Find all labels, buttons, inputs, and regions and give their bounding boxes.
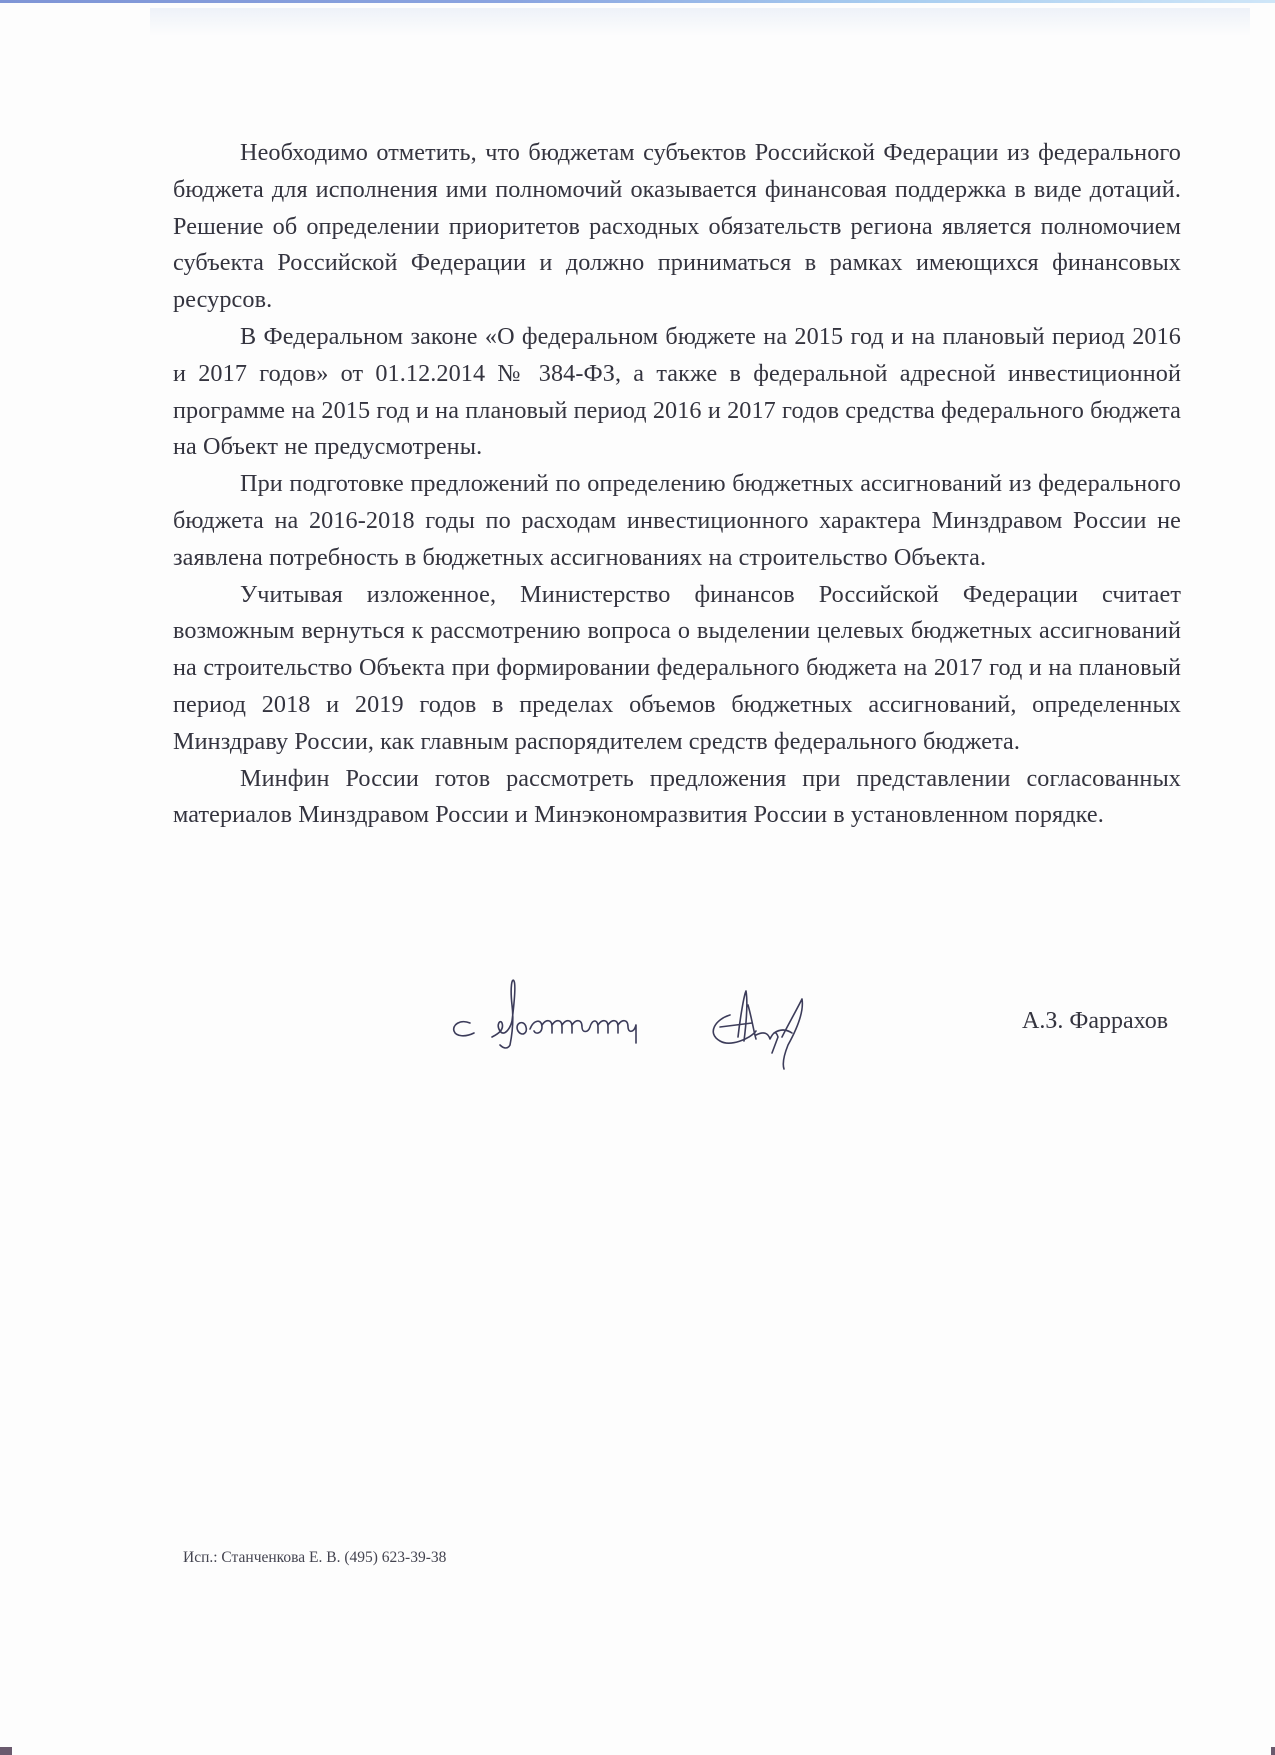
signature-block: А.З. Фаррахов <box>430 975 1190 1075</box>
handwritten-signature-icon <box>430 975 890 1075</box>
scan-corner-mark-right <box>1271 1747 1275 1755</box>
scan-shade <box>150 8 1250 36</box>
signer-name: А.З. Фаррахов <box>1022 1008 1168 1035</box>
executor-contact: Исп.: Станченкова Е. В. (495) 623-39-38 <box>183 1549 446 1567</box>
scan-top-edge <box>0 0 1275 3</box>
paragraph-subsidies: Необходимо отметить, что бюджетам субъек… <box>173 135 1181 319</box>
paragraph-conclusion: Учитывая изложенное, Министерство финанс… <box>173 577 1181 761</box>
paragraph-federal-law: В Федеральном законе «О федеральном бюдж… <box>173 319 1181 466</box>
paragraph-minfin-ready: Минфин России готов рассмотреть предложе… <box>173 761 1181 835</box>
paragraph-budget-proposals: При подготовке предложений по определени… <box>173 466 1181 576</box>
letter-body: Необходимо отметить, что бюджетам субъек… <box>173 135 1181 834</box>
scan-corner-mark-left <box>0 1747 12 1755</box>
